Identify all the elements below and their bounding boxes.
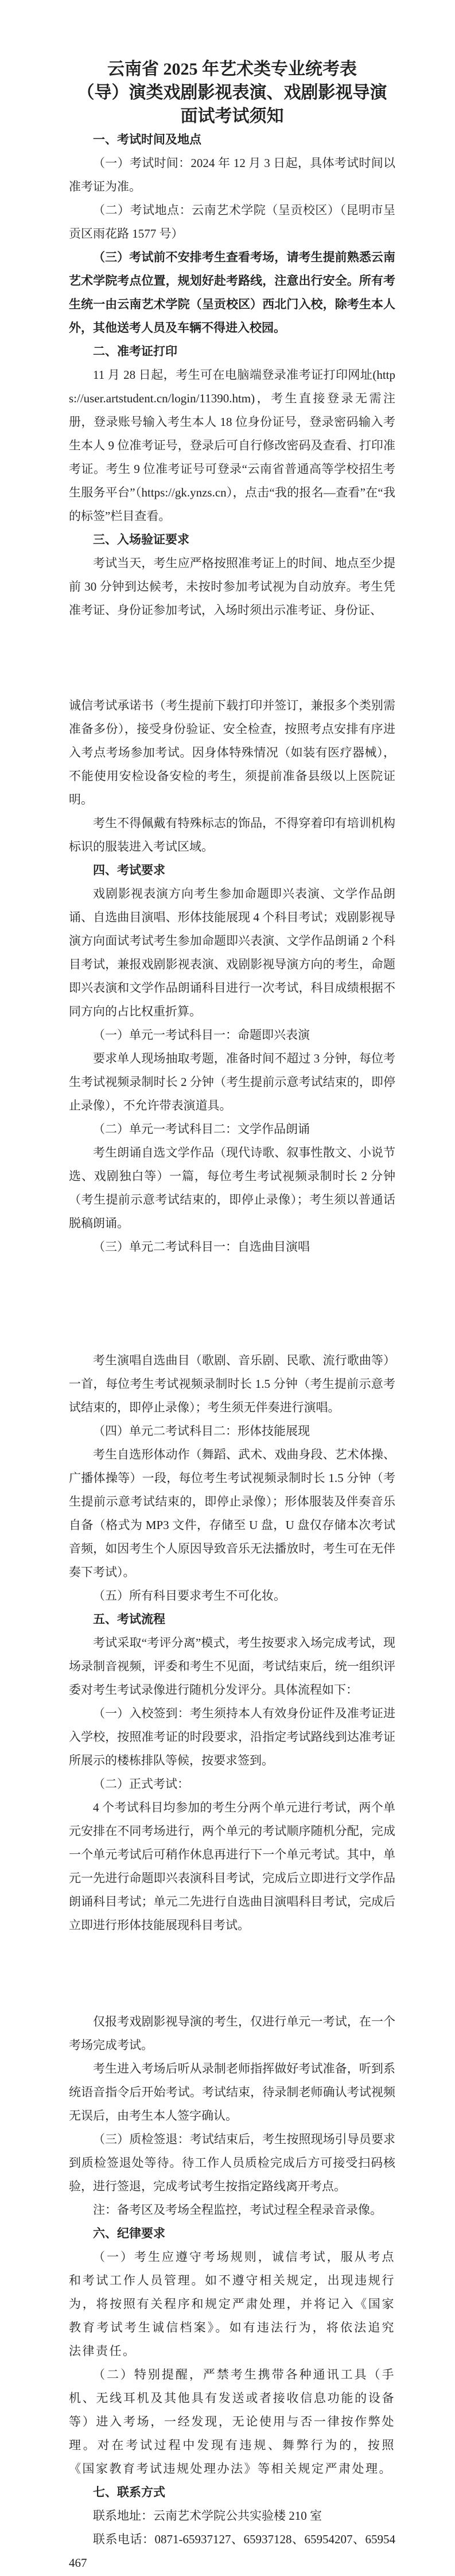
paragraph-entry-verification-part1: 考试当天，考生应严格按照准考证上的时间、地点至少提前 30 分钟到达候考，未按时… (69, 552, 395, 622)
paragraph-exam-location: （二）考试地点：云南艺术学院（呈贡校区）（昆明市呈贡区雨花路 1577 号） (69, 199, 395, 246)
paragraph-discipline-rules: （一）考生应遵守考场规则，诚信考试，服从考点和考试工作人员管理。如不遵守相关规定… (69, 2245, 395, 2363)
paragraph-unit1-subject1-detail: 要求单人现场抽取考题，准备时间不超过 3 分钟，每位考生考试视频录制时长 2 分… (69, 1047, 395, 1118)
paragraph-unit1-subject2-detail: 考生朗诵自选文学作品（现代诗歌、叙事性散文、小说节选、戏剧独白等）一篇，每位考生… (69, 1141, 395, 1235)
paragraph-unit1-subject2-title: （二）单元一考试科目二：文学作品朗诵 (69, 1118, 395, 1141)
paragraph-unit2-subject1-title: （三）单元二考试科目一：自选曲目演唱 (69, 1235, 395, 1259)
section-heading-contact: 七、联系方式 (69, 2481, 395, 2504)
section-heading-exam-time-location: 一、考试时间及地点 (69, 128, 395, 152)
paragraph-no-makeup-rule: （五）所有科目要求考生不可化妆。 (69, 1584, 395, 1608)
document-title-line-1: 云南省 2025 年艺术类专业统考表 (69, 57, 395, 81)
paragraph-contact-phone: 联系电话：0871-65937127、65937128、65954207、659… (69, 2528, 395, 2575)
paragraph-checkin: （一）入校签到：考生须持本人有效身份证件及准考证进入学校，按照准考证的时段要求，… (69, 1702, 395, 1772)
paragraph-unit1-subject1-title: （一）单元一考试科目一：命题即兴表演 (69, 1023, 395, 1047)
paragraph-communication-devices-ban: （二）特别提醒，严禁考生携带各种通讯工具（手机、无线耳机及其他具有发送或者接收信… (69, 2363, 395, 2481)
paragraph-monitoring-note: 注：备考区及考场全程监控，考试过程全程录音录像。 (69, 2198, 395, 2222)
paragraph-entry-verification-part2: 诚信考试承诺书（考生提前下载打印并签订，兼报多个类别需准备多份），接受身份验证、… (69, 694, 395, 812)
document-title-line-2: （导）演类戏剧影视表演、戏剧影视导演 (69, 81, 395, 104)
document-title-line-3: 面试考试须知 (69, 104, 395, 128)
page-break-spacer-3 (69, 1937, 395, 2010)
section-heading-entry-verification: 三、入场验证要求 (69, 528, 395, 552)
paragraph-procedure-overview: 考试采取“考评分离”模式，考生按要求入场完成考试，现场录制音视频，评委和考生不见… (69, 1631, 395, 1702)
paragraph-unit2-subject2-detail: 考生自选形体动作（舞蹈、武术、戏曲身段、艺术体操、广播体操等）一段，每位考生考试… (69, 1443, 395, 1584)
paragraph-dress-code: 考生不得佩戴有特殊标志的饰品，不得穿着印有培训机构标识的服装进入考试区域。 (69, 812, 395, 859)
paragraph-unit2-subject2-title: （四）单元二考试科目二：形体技能展现 (69, 1419, 395, 1443)
paragraph-formal-exam-title: （二）正式考试： (69, 1772, 395, 1796)
paragraph-in-room-instructions: 考生进入考场后听从录制老师指挥做好考试准备，听到系统语音指令后开始考试。考试结束… (69, 2057, 395, 2128)
section-heading-exam-requirements: 四、考试要求 (69, 859, 395, 882)
section-heading-discipline: 六、纪律要求 (69, 2222, 395, 2245)
paragraph-exam-subjects-overview: 戏剧影视表演方向考生参加命题即兴表演、文学作品朗诵、自选曲目演唱、形体技能展现 … (69, 882, 395, 1023)
page-break-spacer-2 (69, 1259, 395, 1349)
paragraph-contact-address: 联系地址：云南艺术学院公共实验楼 210 室 (69, 2504, 395, 2528)
paragraph-director-only-candidates: 仅报考戏剧影视导演的考生，仅进行单元一考试，在一个考场完成考试。 (69, 2010, 395, 2057)
document-page: 云南省 2025 年艺术类专业统考表 （导）演类戏剧影视表演、戏剧影视导演 面试… (0, 0, 455, 2576)
section-heading-exam-procedure: 五、考试流程 (69, 1608, 395, 1631)
paragraph-exam-venue-notice: （三）考试前不安排考生查看考场，请考生提前熟悉云南艺术学院考点位置，规划好赴考路… (69, 246, 395, 340)
page-break-spacer-1 (69, 622, 395, 694)
paragraph-formal-exam-units: 4 个考试科目均参加的考生分两个单元进行考试，两个单元安排在不同考场进行，两个单… (69, 1796, 395, 1937)
paragraph-exam-time: （一）考试时间：2024 年 12 月 3 日起，具体考试时间以准考证为准。 (69, 152, 395, 199)
paragraph-admission-ticket-print: 11 月 28 日起，考生可在电脑端登录准考证打印网址(https://user… (69, 363, 395, 528)
paragraph-quality-check-signout: （三）质检签退：考试结束后，考生按照现场引导员要求到质检签退处等待。待工作人员质… (69, 2128, 395, 2198)
paragraph-unit2-subject1-detail: 考生演唱自选曲目（歌剧、音乐剧、民歌、流行歌曲等）一首，每位考生考试视频录制时长… (69, 1349, 395, 1419)
section-heading-admission-ticket-print: 二、准考证打印 (69, 340, 395, 363)
